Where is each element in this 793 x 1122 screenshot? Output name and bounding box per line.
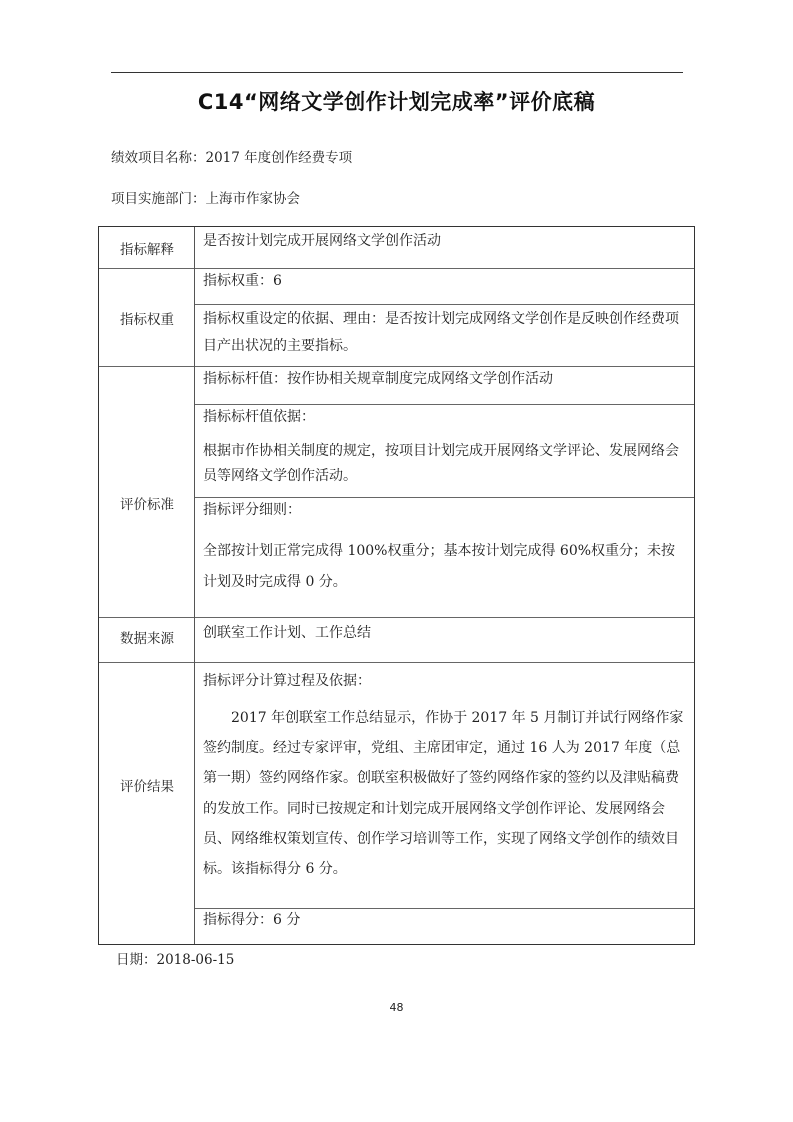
- cell-divider: [195, 497, 694, 498]
- row-indicator-explanation: 指标解释 是否按计划完成开展网络文学创作活动: [99, 227, 694, 269]
- column-divider: [194, 227, 195, 944]
- data-source-text: 创联室工作计划、工作总结: [203, 621, 684, 646]
- label-data-source: 数据来源: [99, 618, 195, 663]
- row-indicator-weight: 指标权重 指标权重：6 指标权重设定的依据、理由：是否按计划完成网络文学创作是反…: [99, 269, 694, 367]
- label-indicator-explanation: 指标解释: [99, 227, 195, 269]
- project-name-label: 绩效项目名称：: [111, 150, 206, 166]
- cell-divider: [195, 404, 694, 405]
- indicator-score: 指标得分：6 分: [203, 908, 684, 933]
- scoring-rules-title: 指标评分细则：: [203, 498, 684, 523]
- department-value: 上海市作家协会: [206, 191, 301, 207]
- scoring-rules-text: 全部按计划正常完成得 100%权重分；基本按计划完成得 60%权重分；未按计划及…: [203, 536, 684, 597]
- department-label: 项目实施部门：: [111, 191, 206, 207]
- cell-divider: [195, 908, 694, 909]
- department-line: 项目实施部门：上海市作家协会: [111, 187, 300, 207]
- date-label: 日期：: [116, 952, 157, 968]
- row-data-source: 数据来源 创联室工作计划、工作总结: [99, 618, 694, 663]
- project-name-value: 2017 年度创作经费专项: [206, 150, 353, 166]
- benchmark-basis-text: 根据市作协相关制度的规定，按项目计划完成开展网络文学评论、发展网络会员等网络文学…: [203, 439, 684, 489]
- project-name-line: 绩效项目名称：2017 年度创作经费专项: [111, 146, 352, 166]
- calculation-process-text: 2017 年创联室工作总结显示，作协于 2017 年 5 月制订并试行网络作家签…: [203, 703, 684, 884]
- date-value: 2018-06-15: [157, 952, 235, 968]
- benchmark-value: 指标标杆值：按作协相关规章制度完成网络文学创作活动: [203, 367, 684, 392]
- label-indicator-weight: 指标权重: [99, 269, 195, 367]
- date-line: 日期：2018-06-15: [116, 948, 234, 968]
- cell-divider: [195, 304, 694, 305]
- document-title: C14“网络文学创作计划完成率”评价底稿: [0, 86, 793, 116]
- page-number: 48: [0, 1001, 793, 1014]
- indicator-weight-basis: 指标权重设定的依据、理由：是否按计划完成网络文学创作是反映创作经费项目产出状况的…: [203, 306, 684, 360]
- benchmark-basis-title: 指标标杆值依据：: [203, 405, 684, 430]
- label-evaluation-criteria: 评价标准: [99, 367, 195, 618]
- row-evaluation-result: 评价结果 指标评分计算过程及依据： 2017 年创联室工作总结显示，作协于 20…: [99, 663, 694, 946]
- indicator-explanation-text: 是否按计划完成开展网络文学创作活动: [203, 229, 684, 254]
- evaluation-table: 指标解释 是否按计划完成开展网络文学创作活动 指标权重 指标权重：6 指标权重设…: [98, 226, 695, 945]
- calculation-process-title: 指标评分计算过程及依据：: [203, 669, 684, 694]
- header-rule: [111, 72, 683, 73]
- label-evaluation-result: 评价结果: [99, 663, 195, 946]
- indicator-weight-value: 指标权重：6: [203, 269, 684, 294]
